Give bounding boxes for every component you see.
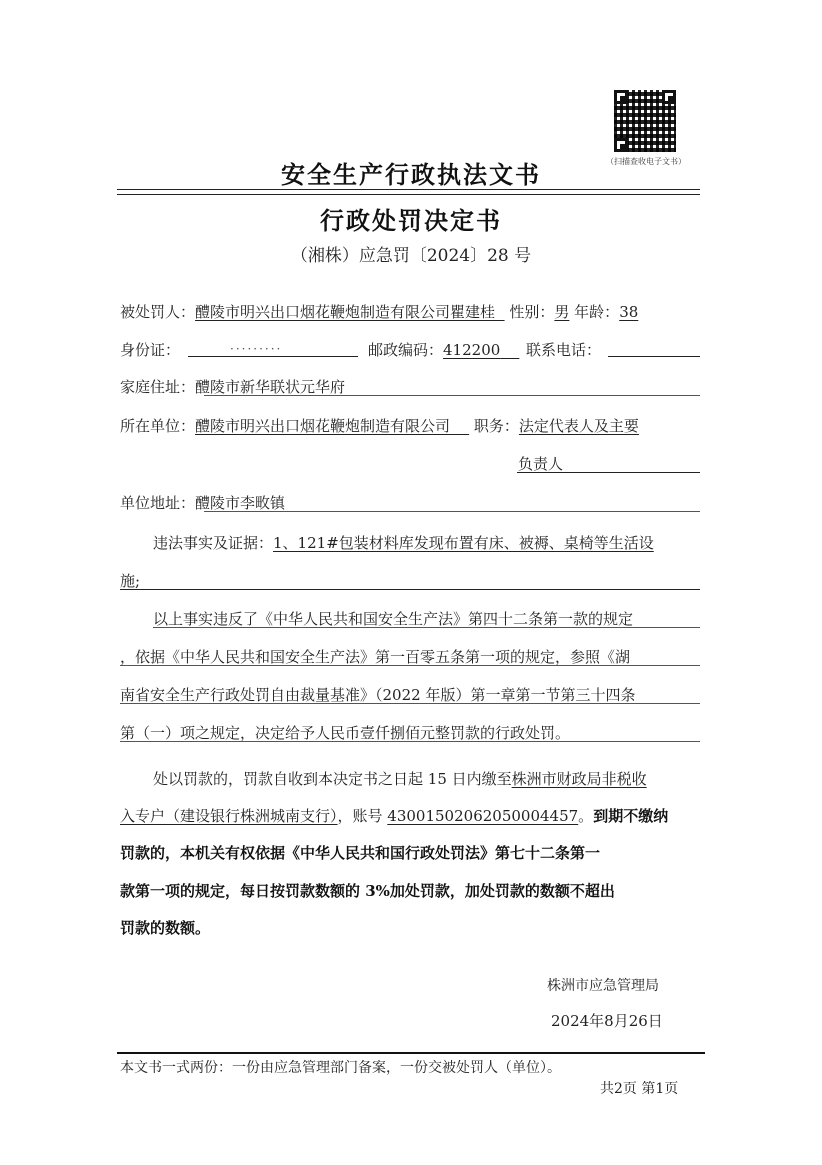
position-rule bbox=[517, 472, 700, 473]
basis-rule-2 bbox=[120, 665, 700, 666]
party-name-value: 醴陵市明兴出口烟花鞭炮制造有限公司瞿建桂 bbox=[195, 303, 495, 321]
employer-label: 所在单位： bbox=[120, 417, 195, 435]
payment-account-name-1: 株洲市财政局非税收 bbox=[512, 770, 647, 788]
payment-account-label: ，账号 bbox=[338, 807, 388, 825]
document-title: 行政处罚决定书 bbox=[0, 201, 822, 236]
basis-rule-1 bbox=[153, 627, 700, 628]
payment-account-number: 43001502062050004457 bbox=[387, 807, 578, 825]
id-label: 身份证： bbox=[120, 341, 180, 359]
age-value: 38 bbox=[619, 303, 638, 321]
employer-address-label: 单位地址： bbox=[120, 494, 195, 512]
position-label: 职务： bbox=[474, 417, 519, 435]
basis-line4: 第（一）项之规定，决定给予人民币壹仟捌佰元整罚款的行政处罚。 bbox=[120, 723, 570, 743]
document-number: （湘株）应急罚〔2024〕28 号 bbox=[0, 241, 822, 266]
qr-code[interactable] bbox=[614, 90, 676, 152]
position-value-line2: 负责人 bbox=[518, 454, 563, 474]
basis-rule-3 bbox=[120, 703, 700, 704]
warning-line3: 款第一项的规定，每日按罚款数额的 3%加处罚款，加处罚款的数额不超出 bbox=[120, 881, 615, 901]
id-field bbox=[188, 356, 358, 357]
employer-value: 醴陵市明兴出口烟花鞭炮制造有限公司 bbox=[195, 417, 450, 435]
employer-address-value: 醴陵市李畋镇 bbox=[195, 494, 285, 512]
basis-line1: 以上事实违反了《中华人民共和国安全生产法》第四十二条第一款的规定 bbox=[153, 609, 633, 629]
facts-line2: 施; bbox=[120, 571, 140, 591]
postal-value: 412200 bbox=[443, 341, 500, 359]
basis-line3: 南省安全生产行政处罚自由裁量基准》（2022 年版）第一章第一节第三十四条 bbox=[120, 685, 635, 705]
facts-row-1: 违法事实及证据：1、121#包装材料库发现布置有床、被褥、桌椅等生活设 bbox=[153, 533, 654, 553]
gender-label: 性别： bbox=[509, 303, 554, 321]
employer-row: 所在单位：醴陵市明兴出口烟花鞭炮制造有限公司 职务：法定代表人及主要 bbox=[120, 416, 639, 436]
warning-line4: 罚款的数额。 bbox=[120, 918, 210, 938]
qr-finder-icon bbox=[614, 90, 628, 104]
position-value-line1: 法定代表人及主要 bbox=[519, 417, 639, 435]
page-number: 共2页 第1页 bbox=[600, 1078, 678, 1098]
document-series-title: 安全生产行政执法文书 bbox=[0, 155, 822, 190]
postal-row: 邮政编码：412200 bbox=[368, 340, 519, 360]
home-address-value: 醴陵市新华联状元华府 bbox=[195, 378, 345, 396]
postal-label: 邮政编码： bbox=[368, 341, 443, 359]
qr-finder-icon bbox=[614, 138, 628, 152]
facts-label: 违法事实及证据： bbox=[153, 534, 273, 552]
payment-line1: 处以罚款的，罚款自收到本决定书之日起 15 日内缴至株洲市财政局非税收 bbox=[153, 769, 647, 789]
home-address-row: 家庭住址：醴陵市新华联状元华府 bbox=[120, 377, 345, 397]
facts-line1: 1、121#包装材料库发现布置有床、被褥、桌椅等生活设 bbox=[273, 534, 654, 552]
payment-prefix: 处以罚款的，罚款自收到本决定书之日起 15 日内缴至 bbox=[153, 770, 512, 788]
payment-period: 。 bbox=[578, 807, 593, 825]
party-row-1: 被处罚人：醴陵市明兴出口烟花鞭炮制造有限公司瞿建桂 性别：男 年龄：38 bbox=[120, 302, 638, 322]
payment-account-name-2: 入专户（建设银行株洲城南支行） bbox=[120, 807, 338, 825]
party-row-2: 身份证： bbox=[120, 340, 180, 360]
phone-field bbox=[608, 356, 700, 357]
header-double-rule bbox=[117, 189, 700, 195]
issuing-authority: 株洲市应急管理局 bbox=[547, 976, 659, 996]
qr-finder-icon bbox=[662, 90, 676, 104]
footer-rule bbox=[117, 1052, 705, 1054]
payment-line2: 入专户（建设银行株洲城南支行），账号 43001502062050004457。… bbox=[120, 806, 668, 826]
age-label: 年龄： bbox=[574, 303, 619, 321]
issue-date: 2024年8月26日 bbox=[551, 1011, 663, 1031]
facts-rule bbox=[120, 589, 700, 590]
basis-rule-4 bbox=[120, 741, 700, 742]
warning-line2: 罚款的，本机关有权依据《中华人民共和国行政处罚法》第七十二条第一 bbox=[120, 843, 600, 863]
employer-address-rule bbox=[204, 511, 700, 512]
warning-line1: 到期不缴纳 bbox=[593, 807, 668, 825]
gender-value: 男 bbox=[554, 303, 569, 321]
basis-line2: ，依据《中华人民共和国安全生产法》第一百零五条第一项的规定，参照《湖 bbox=[120, 647, 630, 667]
employer-address-row: 单位地址：醴陵市李畋镇 bbox=[120, 493, 285, 513]
home-address-label: 家庭住址： bbox=[120, 378, 195, 396]
party-name-label: 被处罚人： bbox=[120, 303, 195, 321]
phone-label: 联系电话： bbox=[526, 340, 601, 360]
id-value-redacted: ········· bbox=[230, 342, 282, 356]
footer-note: 本文书一式两份：一份由应急管理部门备案，一份交被处罚人（单位）。 bbox=[120, 1057, 561, 1077]
home-address-rule bbox=[204, 395, 700, 396]
